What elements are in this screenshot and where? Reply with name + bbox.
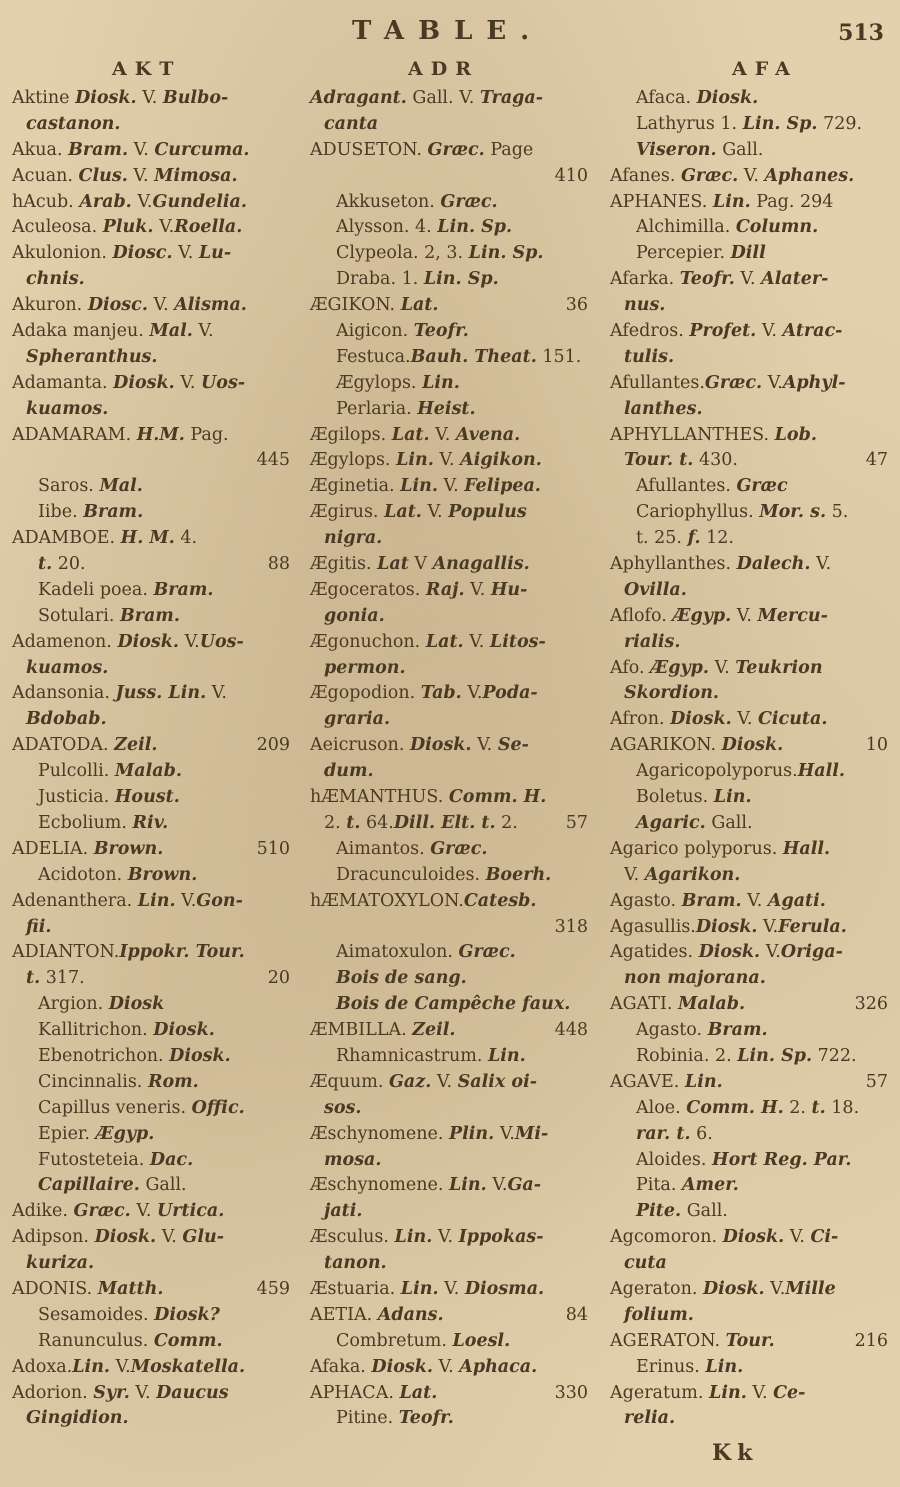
roman-segment: ADONIS. <box>12 1279 98 1299</box>
index-entry-line: Agasto. Bram. V. Agati. <box>610 889 888 915</box>
italic-segment: Offic. <box>192 1098 245 1118</box>
italic-segment: f. <box>688 528 701 548</box>
roman-segment: 2. <box>324 813 346 833</box>
roman-segment: Adansonia. <box>12 683 116 703</box>
italic-segment: Arab. <box>79 192 131 212</box>
index-entry-line: non majorana. <box>610 966 888 992</box>
roman-segment: ÆMBILLA. <box>310 1020 412 1040</box>
index-entry-line: kuriza. <box>12 1251 290 1277</box>
roman-segment: Alysson. 4. <box>336 217 437 237</box>
index-entry-line: Agarico polyporus. Hall. <box>610 837 888 863</box>
roman-segment: Ægopodion. <box>310 683 421 703</box>
italic-segment: Spheranthus. <box>26 347 158 367</box>
italic-segment: Diosk <box>109 994 164 1014</box>
roman-segment: V. <box>154 217 175 237</box>
index-entry-line: graria. <box>310 707 588 733</box>
index-entry-line: Bois de Campêche faux. <box>310 992 588 1018</box>
roman-segment: Pita. <box>636 1175 682 1195</box>
index-entry-line: folium. <box>610 1303 888 1329</box>
roman-segment: Afarka. <box>610 269 680 289</box>
roman-segment: V. <box>742 891 768 911</box>
italic-segment: Avena. <box>456 425 520 445</box>
index-entry-line: Ægirus. Lat. V. Populus <box>310 500 588 526</box>
index-entry-line: Akuron. Diosc. V. Alisma. <box>12 293 290 319</box>
italic-segment: Mercu- <box>758 606 828 626</box>
italic-segment: Lin. <box>685 1072 723 1092</box>
index-entry-line: Pita. Amer. <box>610 1173 888 1199</box>
index-entry-line: Adamenon. Diosk. V.Uos- <box>12 630 290 656</box>
italic-segment: Moskatella. <box>131 1357 245 1377</box>
roman-segment: Adoxa. <box>12 1357 72 1377</box>
italic-segment: H. M. <box>121 528 175 548</box>
italic-segment: Roella. <box>174 217 242 237</box>
roman-segment: 317. <box>40 968 85 988</box>
italic-segment: Lat. <box>399 1383 437 1403</box>
italic-segment: Diosc. <box>112 243 172 263</box>
index-entry-line: 2. t. 64.Dill. Elt. t. 2.57 <box>310 811 588 837</box>
index-entry-line: tulis. <box>610 345 888 371</box>
italic-segment: Syr. <box>93 1383 130 1403</box>
roman-segment: Ægylops. <box>310 450 396 470</box>
roman-segment: APHANES. <box>610 192 713 212</box>
index-entry-line: ÆGIKON. Lat.36 <box>310 293 588 319</box>
index-entry-line: nigra. <box>310 526 588 552</box>
italic-segment: Lin. <box>422 373 460 393</box>
index-entry-line: ADONIS. Matth.459 <box>12 1277 290 1303</box>
roman-segment: V. <box>735 269 761 289</box>
roman-segment: Pag. <box>185 425 229 445</box>
italic-segment: Hall. <box>798 761 845 781</box>
index-entry-line: Clypeola. 2, 3. Lin. Sp. <box>310 241 588 267</box>
roman-segment: V. <box>175 373 201 393</box>
roman-segment: 20. <box>52 554 85 574</box>
italic-segment: Lin. <box>72 1357 110 1377</box>
roman-segment: Gall. <box>681 1201 728 1221</box>
index-entry-line: Ægoceratos. Raj. V. Hu- <box>310 578 588 604</box>
italic-segment: Lat. <box>384 502 422 522</box>
italic-segment: Mal. <box>149 321 192 341</box>
roman-segment: AGERATON. <box>610 1331 726 1351</box>
roman-segment: V. <box>132 192 153 212</box>
italic-segment: Traga- <box>480 88 543 108</box>
italic-segment: H.M. <box>137 425 185 445</box>
index-entry-line: Iibe. Bram. <box>12 500 290 526</box>
italic-segment: Ippokr. Tour. <box>119 942 244 962</box>
italic-segment: Aphanes. <box>764 166 854 186</box>
index-entry-line: Æschynomene. Plin. V.Mi- <box>310 1122 588 1148</box>
roman-segment: Kadeli poea. <box>38 580 153 600</box>
index-entry-line: ADUSETON. Græc. Page <box>310 138 588 164</box>
italic-segment: Græc. <box>440 192 497 212</box>
roman-segment: 6. <box>691 1124 713 1144</box>
index-entry-line: Aeicruson. Diosk. V. Se- <box>310 733 588 759</box>
italic-segment: Diosk. <box>75 88 137 108</box>
index-entry-line: Akua. Bram. V. Curcuma. <box>12 138 290 164</box>
italic-segment: Bois de Campêche faux. <box>336 994 570 1014</box>
index-entry-line: Cariophyllus. Mor. s. 5. <box>610 500 888 526</box>
roman-segment: Æstuaria. <box>310 1279 401 1299</box>
index-entry-line: Akkuseton. Græc. <box>310 190 588 216</box>
italic-segment: Tour. <box>726 1331 775 1351</box>
italic-segment: nus. <box>624 295 665 315</box>
roman-segment: Afullantes. <box>610 373 705 393</box>
index-entry-line: Æginetia. Lin. V. Felipea. <box>310 474 588 500</box>
index-entry-line: Agaricopolyporus.Hall. <box>610 759 888 785</box>
italic-segment: Ægyp. <box>96 1124 155 1144</box>
italic-segment: Teofr. <box>414 321 469 341</box>
italic-segment: rar. t. <box>636 1124 691 1144</box>
roman-segment: Gall. <box>706 813 753 833</box>
italic-segment: Lin. Sp. <box>437 217 512 237</box>
roman-segment: hÆMATOXYLON. <box>310 891 464 911</box>
index-entry-line: Percepier. Dill <box>610 241 888 267</box>
index-entry-line: Ægopodion. Tab. V.Poda- <box>310 681 588 707</box>
index-entry-line: Adipson. Diosk. V. Glu- <box>12 1225 290 1251</box>
roman-segment: Alchimilla. <box>636 217 736 237</box>
italic-segment: Anagallis. <box>433 554 530 574</box>
index-entry-line: APHACA. Lat.330 <box>310 1381 588 1407</box>
italic-segment: Gon- <box>196 891 243 911</box>
index-entry-line: Ægylops. Lin. <box>310 371 588 397</box>
roman-segment: Akuron. <box>12 295 88 315</box>
roman-segment: Afo. <box>610 658 650 678</box>
index-entry-line: Ægilops. Lat. V. Avena. <box>310 423 588 449</box>
italic-segment: canta <box>324 114 378 134</box>
roman-segment: AGAVE. <box>610 1072 685 1092</box>
roman-segment: 64. <box>360 813 393 833</box>
page-reference: 459 <box>257 1277 290 1303</box>
italic-segment: kuamos. <box>26 399 108 419</box>
italic-segment: Diosk. <box>696 917 758 937</box>
italic-segment: Skordion. <box>624 683 719 703</box>
roman-segment: Erinus. <box>636 1357 705 1377</box>
index-entry-line: Aimantos. Græc. <box>310 837 588 863</box>
roman-segment: Kallitrichon. <box>38 1020 153 1040</box>
italic-segment: Dac. <box>150 1150 193 1170</box>
italic-segment: Plin. <box>449 1124 494 1144</box>
roman-segment: Agaricopolyporus. <box>636 761 798 781</box>
italic-segment: Hort Reg. Par. <box>712 1150 851 1170</box>
italic-segment: Diosk. <box>371 1357 433 1377</box>
roman-segment: Gall. <box>140 1175 187 1195</box>
roman-segment: Ægirus. <box>310 502 384 522</box>
italic-segment: Diosma. <box>465 1279 544 1299</box>
italic-segment: Pluk. <box>103 217 154 237</box>
index-entry-line: Cincinnalis. Rom. <box>12 1070 290 1096</box>
index-entry-line: AGERATON. Tour.216 <box>610 1329 888 1355</box>
italic-segment: non majorana. <box>624 968 766 988</box>
index-entry-line: Afron. Diosk. V. Cicuta. <box>610 707 888 733</box>
italic-segment: Catesb. <box>464 891 537 911</box>
roman-segment: 430. <box>693 450 738 470</box>
roman-segment: 12. <box>701 528 734 548</box>
index-entry-line: Afullantes. Græc <box>610 474 888 500</box>
page-reference: 445 <box>257 448 290 474</box>
page-reference: 10 <box>866 733 888 759</box>
index-entry-line: Spheranthus. <box>12 345 290 371</box>
italic-segment: Græc. <box>74 1201 131 1221</box>
roman-segment: V. <box>709 658 735 678</box>
italic-segment: Græc. <box>459 942 516 962</box>
italic-segment: Mor. s. <box>759 502 826 522</box>
index-entry-line: kuamos. <box>12 397 290 423</box>
italic-segment: Atrac- <box>783 321 843 341</box>
italic-segment: Adragant. <box>310 88 407 108</box>
page-reference: 330 <box>555 1381 588 1407</box>
italic-segment: Lob. <box>775 425 817 445</box>
index-entry-line: Boletus. Lin. <box>610 785 888 811</box>
index-entry-line: Erinus. Lin. <box>610 1355 888 1381</box>
roman-segment: Akkuseton. <box>336 192 440 212</box>
page-number: 513 <box>838 20 884 46</box>
roman-segment: Afullantes. <box>636 476 736 496</box>
italic-segment: Clus. <box>79 166 128 186</box>
roman-segment: Aculeosa. <box>12 217 103 237</box>
index-entry-line: Adenanthera. Lin. V.Gon- <box>12 889 290 915</box>
roman-segment: V. <box>131 1201 157 1221</box>
index-entry-line: hÆMANTHUS. Comm. H. <box>310 785 588 811</box>
roman-segment: Æquum. <box>310 1072 389 1092</box>
italic-segment: Diosk. <box>117 632 179 652</box>
italic-segment: Alater- <box>761 269 828 289</box>
roman-segment: V. <box>732 709 758 729</box>
roman-segment: Ægonuchon. <box>310 632 426 652</box>
italic-segment: Column. <box>736 217 818 237</box>
italic-segment: castanon. <box>26 114 120 134</box>
column-heading-3: AFA <box>732 58 798 80</box>
italic-segment: Bdobab. <box>26 709 107 729</box>
roman-segment: Gall. <box>717 140 764 160</box>
italic-segment: Bram. <box>68 140 128 160</box>
index-entry-line: AETIA. Adans.84 <box>310 1303 588 1329</box>
roman-segment: ADELIA. <box>12 839 94 859</box>
roman-segment: AETIA. <box>310 1305 378 1325</box>
index-entry-line: Adamanta. Diosk. V. Uos- <box>12 371 290 397</box>
roman-segment: APHACA. <box>310 1383 399 1403</box>
index-entry-line: Adorion. Syr. V. Daucus <box>12 1381 290 1407</box>
index-entry-line: Aphyllanthes. Dalech. V. <box>610 552 888 578</box>
roman-segment: Sesamoides. <box>38 1305 154 1325</box>
roman-segment: ADUSETON. <box>310 140 428 160</box>
index-entry-line: Agaric. Gall. <box>610 811 888 837</box>
roman-segment: Clypeola. 2, 3. <box>336 243 469 263</box>
italic-segment: Mal. <box>99 476 142 496</box>
index-entry-line: Aktine Diosk. V. Bulbo- <box>12 86 290 112</box>
roman-segment: Acuan. <box>12 166 79 186</box>
italic-segment: Lin. <box>395 1227 433 1247</box>
roman-segment: Aimantos. <box>336 839 430 859</box>
index-entry-line: Viseron. Gall. <box>610 138 888 164</box>
roman-segment: V. <box>494 1124 515 1144</box>
italic-segment: Hu- <box>491 580 528 600</box>
index-entry-line: Aigicon. Teofr. <box>310 319 588 345</box>
index-entry-line: AGATI. Malab.326 <box>610 992 888 1018</box>
italic-segment: Gaz. <box>389 1072 431 1092</box>
index-entry-line: Aimatoxulon. Græc. <box>310 940 588 966</box>
roman-segment: ADIANTON. <box>12 942 119 962</box>
italic-segment: Lin. <box>138 891 176 911</box>
roman-segment: V. <box>464 632 490 652</box>
italic-segment: Lin. <box>396 450 434 470</box>
italic-segment: Populus <box>448 502 527 522</box>
roman-segment: Agasto. <box>610 891 682 911</box>
index-entry-line: Acuan. Clus. V. Mimosa. <box>12 164 290 190</box>
italic-segment: Græc <box>736 476 787 496</box>
index-entry-line: Saros. Mal. <box>12 474 290 500</box>
italic-segment: Malab. <box>678 994 745 1014</box>
italic-segment: Comm. H. <box>449 787 546 807</box>
roman-segment: ADAMBOE. <box>12 528 121 548</box>
roman-segment: V. <box>128 166 154 186</box>
italic-segment: Urtica. <box>157 1201 224 1221</box>
roman-segment: Capillus veneris. <box>38 1098 192 1118</box>
italic-segment: Diosk. <box>703 1279 765 1299</box>
index-entry-line: Ægylops. Lin. V. Aigikon. <box>310 448 588 474</box>
italic-segment: Bram. <box>708 1020 768 1040</box>
page-header: TABLE. 513 <box>0 16 900 56</box>
roman-segment: V. <box>206 683 227 703</box>
italic-segment: t. <box>38 554 52 574</box>
roman-segment: Boletus. <box>636 787 714 807</box>
roman-segment: 729. <box>818 114 863 134</box>
index-entry-line: Perlaria. Heist. <box>310 397 588 423</box>
italic-segment: t. <box>346 813 360 833</box>
italic-segment: Zeil. <box>412 1020 455 1040</box>
italic-segment: permon. <box>324 658 406 678</box>
italic-segment: Lat. <box>401 295 439 315</box>
roman-segment: V. <box>432 1227 458 1247</box>
index-entry-line: relia. <box>610 1406 888 1432</box>
italic-segment: Tab. <box>421 683 462 703</box>
roman-segment: ADATODA. <box>12 735 114 755</box>
column-heading-1: AKT <box>112 58 181 80</box>
italic-segment: Teukrion <box>735 658 822 678</box>
italic-segment: Agarikon. <box>645 865 741 885</box>
italic-segment: Ippokas- <box>459 1227 544 1247</box>
index-entry-line: Draba. 1. Lin. Sp. <box>310 267 588 293</box>
roman-segment: Justicia. <box>38 787 115 807</box>
index-entry-line: Ageratum. Lin. V. Ce- <box>610 1381 888 1407</box>
page-reference: 318 <box>555 915 588 941</box>
roman-segment: hÆMANTHUS. <box>310 787 449 807</box>
roman-segment: V. <box>760 942 781 962</box>
roman-segment: V. <box>193 321 214 341</box>
italic-segment: Diosk. <box>723 1227 785 1247</box>
roman-segment: 5. <box>826 502 848 522</box>
roman-segment: Agatides. <box>610 942 699 962</box>
italic-segment: Riv. <box>133 813 169 833</box>
roman-segment: V. <box>487 1175 508 1195</box>
italic-segment: Curcuma. <box>154 140 249 160</box>
index-entry-line: ADIANTON.Ippokr. Tour. <box>12 940 290 966</box>
roman-segment: Ebenotrichon. <box>38 1046 169 1066</box>
italic-segment: Ægyp. <box>672 606 731 626</box>
italic-segment: Boerh. <box>486 865 552 885</box>
index-entry-line: Skordion. <box>610 681 888 707</box>
italic-segment: Mimosa. <box>154 166 238 186</box>
index-entry-line: kuamos. <box>12 656 290 682</box>
italic-segment: Zeil. <box>114 735 157 755</box>
roman-segment: Akua. <box>12 140 68 160</box>
index-entry-line: Bois de sang. <box>310 966 588 992</box>
roman-segment: Percepier. <box>636 243 731 263</box>
italic-segment: Lat <box>377 554 409 574</box>
index-entry-line: APHANES. Lin. Pag. 294 <box>610 190 888 216</box>
page-reference: 88 <box>268 552 290 578</box>
roman-segment: Akulonion. <box>12 243 112 263</box>
index-entry-line: castanon. <box>12 112 290 138</box>
index-entry-line: AGARIKON. Diosk.10 <box>610 733 888 759</box>
roman-segment: Afedros. <box>610 321 689 341</box>
index-entry-line: Sotulari. Bram. <box>12 604 290 630</box>
roman-segment: Pitine. <box>336 1408 399 1428</box>
index-entry-line: Argion. Diosk <box>12 992 290 1018</box>
roman-segment: V. <box>137 88 163 108</box>
italic-segment: Græc. <box>428 140 485 160</box>
index-entry-line: 410 <box>310 164 588 190</box>
index-entry-line: permon. <box>310 656 588 682</box>
index-entry-line: Epier. Ægyp. <box>12 1122 290 1148</box>
index-entry-line: rialis. <box>610 630 888 656</box>
italic-segment: Diosk. <box>697 88 759 108</box>
roman-segment: Epier. <box>38 1124 96 1144</box>
italic-segment: Aphaca. <box>459 1357 537 1377</box>
roman-segment: Adamanta. <box>12 373 113 393</box>
index-column-1: Aktine Diosk. V. Bulbo-castanon.Akua. Br… <box>12 86 290 1432</box>
index-entry-line: fii. <box>12 915 290 941</box>
roman-segment: V. <box>430 425 456 445</box>
italic-segment: jati. <box>324 1201 363 1221</box>
italic-segment: Lu- <box>199 243 231 263</box>
index-entry-line: Aloe. Comm. H. 2. t. 18. <box>610 1096 888 1122</box>
italic-segment: Bois de sang. <box>336 968 467 988</box>
roman-segment: V. <box>462 683 483 703</box>
italic-segment: Pite. <box>636 1201 681 1221</box>
italic-segment: t. <box>812 1098 826 1118</box>
roman-segment: 4. <box>175 528 197 548</box>
index-entry-line: V. Agarikon. <box>610 863 888 889</box>
index-entry-line: Kallitrichon. Diosk. <box>12 1018 290 1044</box>
italic-segment: Lin. Sp. <box>743 114 818 134</box>
roman-segment: Agcomoron. <box>610 1227 723 1247</box>
italic-segment: Brown. <box>94 839 164 859</box>
italic-segment: Lin. <box>400 476 438 496</box>
index-entry-line: Adike. Græc. V. Urtica. <box>12 1199 290 1225</box>
index-entry-line: ÆMBILLA. Zeil.448 <box>310 1018 588 1044</box>
index-entry-line: Adoxa.Lin. V.Moskatella. <box>12 1355 290 1381</box>
roman-segment: Æginetia. <box>310 476 400 496</box>
italic-segment: Litos- <box>490 632 546 652</box>
italic-segment: Agati. <box>768 891 826 911</box>
roman-segment: ADAMARAM. <box>12 425 137 445</box>
italic-segment: Lin. Sp. <box>469 243 544 263</box>
italic-segment: Diosk? <box>154 1305 220 1325</box>
page-reference: 209 <box>257 733 290 759</box>
index-entry-line: t. 20.88 <box>12 552 290 578</box>
index-entry-line: Pulcolli. Malab. <box>12 759 290 785</box>
roman-segment: t. 25. <box>636 528 688 548</box>
italic-segment: Aigikon. <box>460 450 542 470</box>
index-entry-line: Agasto. Bram. <box>610 1018 888 1044</box>
italic-segment: cuta <box>624 1253 667 1273</box>
italic-segment: rialis. <box>624 632 680 652</box>
italic-segment: Lin. Sp. <box>424 269 499 289</box>
italic-segment: Tour. t. <box>624 450 693 470</box>
roman-segment: V. <box>472 735 498 755</box>
italic-segment: Matth. <box>98 1279 164 1299</box>
italic-segment: Origa- <box>781 942 843 962</box>
index-entry-line: hAcub. Arab. V.Gundelia. <box>12 190 290 216</box>
